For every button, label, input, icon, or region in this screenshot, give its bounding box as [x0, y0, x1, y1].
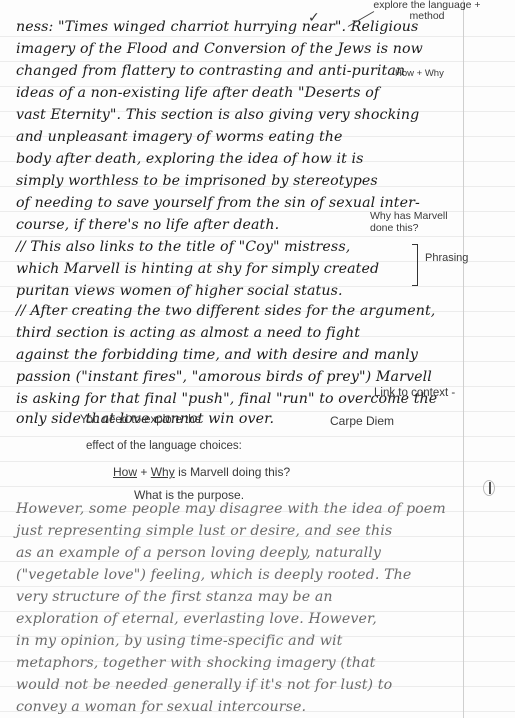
essay-line: would not be needed generally if it's no… — [16, 676, 392, 694]
tick-mark: ✓ — [308, 10, 320, 26]
essay-line: as an example of a person loving deeply,… — [16, 544, 381, 562]
essay-line: against the forbidding time, and with de… — [16, 346, 418, 364]
essay-line: and unpleasant imagery of worms eating t… — [16, 128, 343, 146]
bracket-mark — [412, 244, 418, 286]
essay-line: // After creating the two different side… — [16, 302, 435, 320]
essay-line: body after death, exploring the idea of … — [16, 150, 364, 168]
feedback-why: Why — [151, 465, 175, 479]
annotation-explore-language: explore the language + method — [372, 0, 482, 22]
margin-marker-icon — [483, 480, 495, 496]
essay-line: exploration of eternal, everlasting love… — [16, 610, 377, 628]
essay-line: which Marvell is hinting at shy for simp… — [16, 260, 379, 278]
essay-line: very structure of the first stanza may b… — [16, 588, 333, 606]
annotation-phrasing: Phrasing — [425, 252, 468, 264]
annotation-how-why: How + Why — [395, 68, 444, 79]
essay-line: // This also links to the title of "Coy"… — [16, 238, 350, 256]
essay-line: simply worthless to be imprisoned by ste… — [16, 172, 378, 190]
essay-line: just representing simple lust or desire,… — [16, 522, 392, 540]
essay-line: course, if there's no life after death. — [16, 216, 279, 234]
bleed-through-text — [470, 0, 515, 718]
annotation-why-marvell: Why has Marvell done this? — [370, 210, 465, 234]
feedback-plus: + — [140, 465, 147, 479]
feedback-rest: is Marvell doing this? — [178, 465, 290, 479]
essay-line: imagery of the Flood and Conversion of t… — [16, 40, 423, 58]
feedback-line-3: How + Why is Marvell doing this? — [113, 465, 290, 479]
essay-line: in my opinion, by using time-specific an… — [16, 632, 342, 650]
essay-line: ideas of a non-existing life after death… — [16, 84, 379, 102]
feedback-line-2: effect of the language choices: — [86, 440, 242, 452]
annotation-carpe-diem: Carpe Diem — [330, 414, 394, 428]
annotation-link-context: Link to context - — [374, 387, 455, 399]
feedback-line-1: You need to explore the — [80, 414, 201, 426]
essay-line: ("vegetable love") feeling, which is dee… — [16, 566, 411, 584]
essay-line: passion ("instant fires", "amorous birds… — [16, 368, 432, 386]
essay-line: convey a woman for sexual intercourse. — [16, 698, 306, 716]
margin-line — [463, 0, 464, 718]
feedback-how: How — [113, 465, 137, 479]
essay-line: metaphors, together with shocking imager… — [16, 654, 375, 672]
essay-line: puritan views women of higher social sta… — [16, 282, 343, 300]
handwritten-essay-page: ness: "Times winged charriot hurrying ne… — [0, 0, 515, 718]
essay-line: However, some people may disagree with t… — [16, 500, 446, 518]
essay-line: third section is acting as almost a need… — [16, 324, 360, 342]
feedback-purpose: What is the purpose. — [134, 488, 244, 502]
essay-line: vast Eternity". This section is also giv… — [16, 106, 419, 124]
essay-line: of needing to save yourself from the sin… — [16, 194, 420, 212]
essay-line: changed from flattery to contrasting and… — [16, 62, 405, 80]
